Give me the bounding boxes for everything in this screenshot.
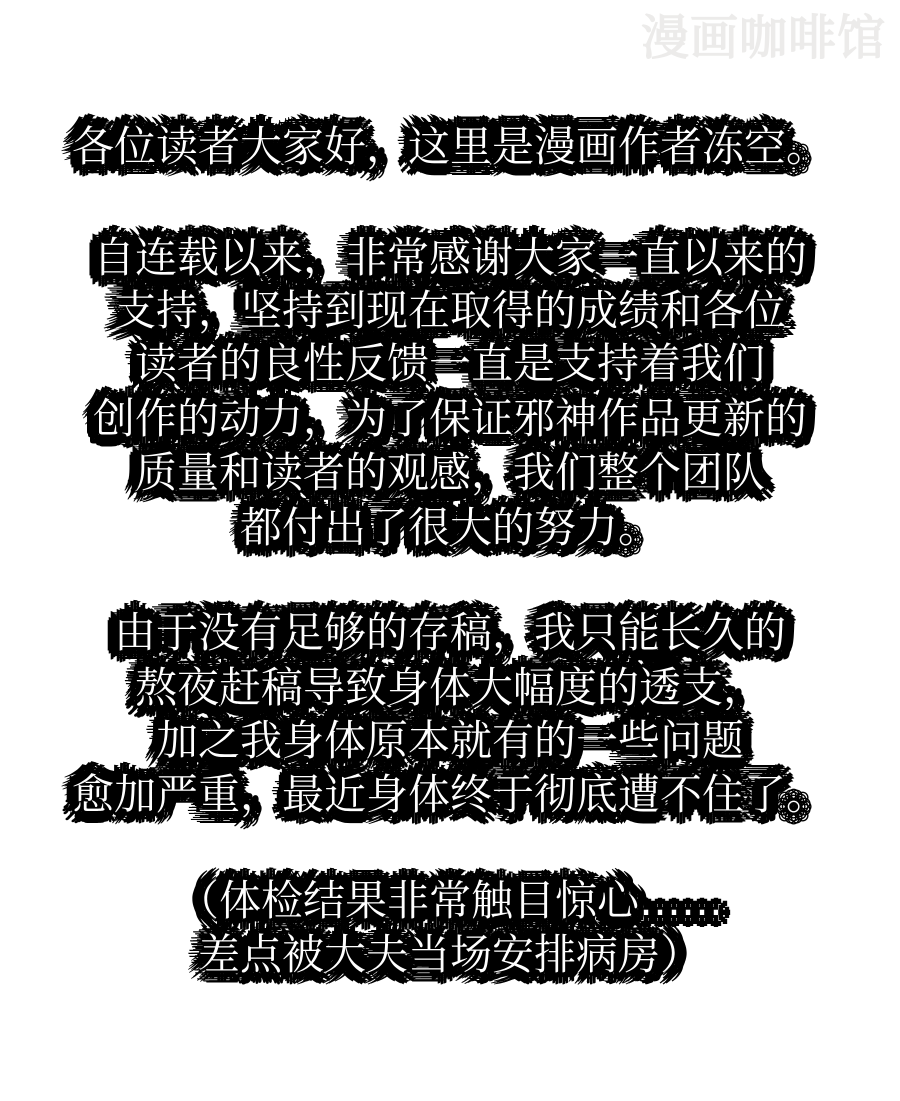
text-line: （体检结果非常触目惊心…… bbox=[0, 880, 900, 922]
text-line: 都付出了很大的努力。 bbox=[0, 507, 900, 549]
text-line: 自连载以来，非常感谢大家一直以来的 bbox=[0, 237, 900, 279]
text-line: 熬夜赶稿导致身体大幅度的透支， bbox=[0, 667, 900, 709]
watermark: 漫画咖啡馆 bbox=[641, 14, 886, 62]
text-line: 差点被大夫当场安排病房） bbox=[0, 934, 900, 976]
text-line: 由于没有足够的存稿，我只能长久的 bbox=[0, 612, 900, 654]
text-line: 读者的良性反馈一直是支持着我们 bbox=[0, 343, 900, 385]
text-line: 各位读者大家好，这里是漫画作者冻空。 bbox=[0, 126, 900, 168]
text-line: 愈加严重，最近身体终于彻底遭不住了。 bbox=[0, 774, 900, 816]
text-line: 创作的动力，为了保证邪神作品更新的 bbox=[0, 398, 900, 440]
text-line: 质量和读者的观感，我们整个团队 bbox=[0, 452, 900, 494]
text-line: 支持，坚持到现在取得的成绩和各位 bbox=[0, 290, 900, 332]
text-line: 加之我身体原本就有的一些问题 bbox=[0, 720, 900, 762]
